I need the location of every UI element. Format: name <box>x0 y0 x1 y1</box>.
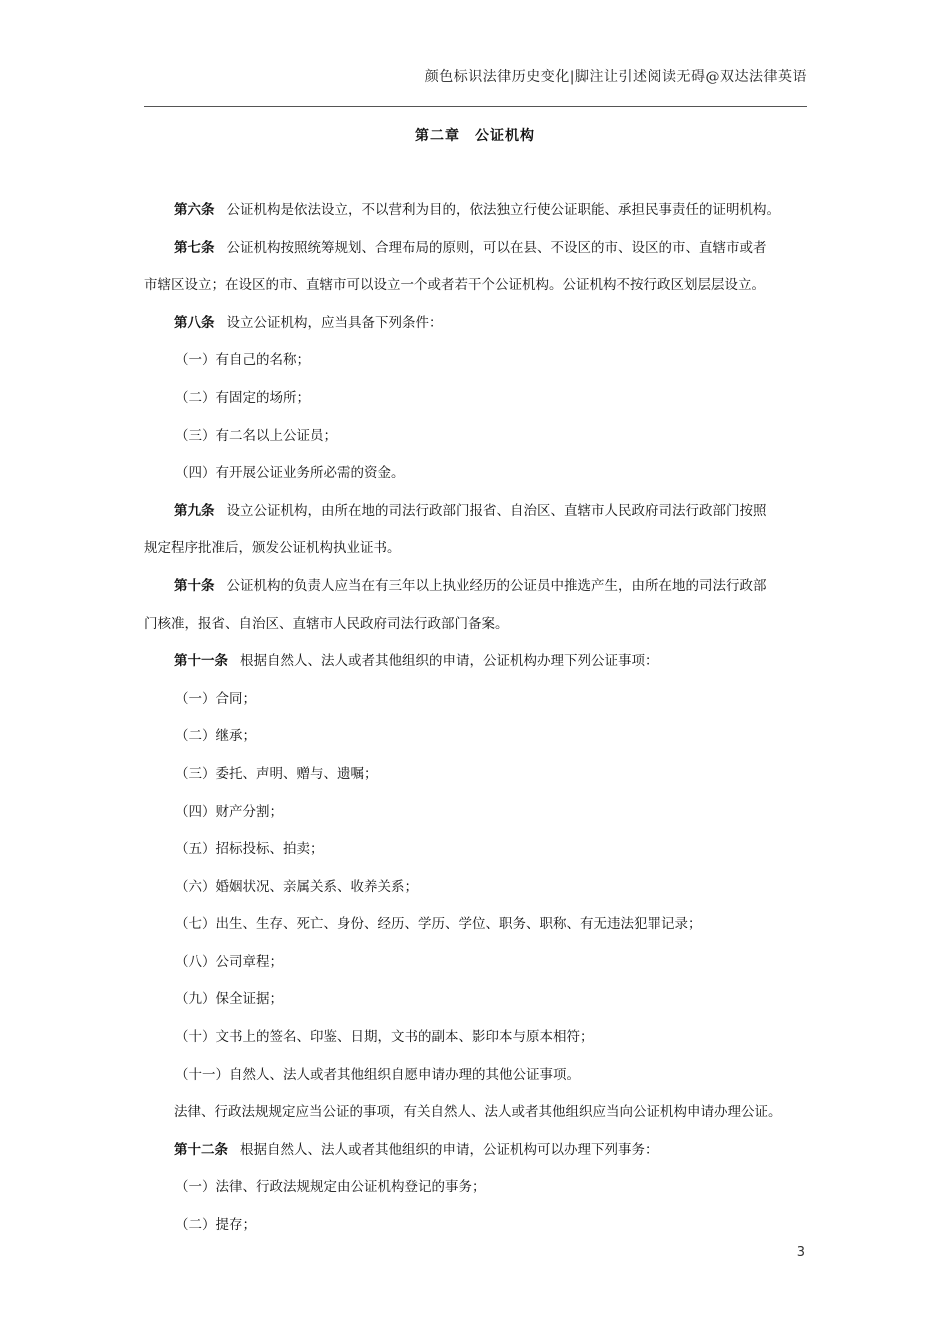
article-8: 第八条设立公证机构，应当具备下列条件： <box>144 311 807 349</box>
list-item: （四）财产分割； <box>144 800 807 838</box>
article-7: 第七条公证机构按照统筹规划、合理布局的原则，可以在县、不设区的市、设区的市、直辖… <box>144 236 807 274</box>
list-item: （五）招标投标、拍卖； <box>144 837 807 875</box>
article-text: 根据自然人、法人或者其他组织的申请，公证机构可以办理下列事务： <box>240 1142 659 1158</box>
list-item: （十一）自然人、法人或者其他组织自愿申请办理的其他公证事项。 <box>144 1063 807 1101</box>
article-text: 公证机构是依法设立，不以营利为目的，依法独立行使公证职能、承担民事责任的证明机构… <box>227 202 781 218</box>
article-number: 第十二条 <box>174 1142 228 1158</box>
list-item: （一）有自己的名称； <box>144 348 807 386</box>
page-number: 3 <box>797 1245 805 1260</box>
article-number: 第十一条 <box>174 653 228 669</box>
article-7-continued: 市辖区设立；在设区的市、直辖市可以设立一个或者若干个公证机构。公证机构不按行政区… <box>144 273 807 311</box>
list-item: （八）公司章程； <box>144 950 807 988</box>
list-item: （一）法律、行政法规规定由公证机构登记的事务； <box>144 1175 807 1213</box>
list-item: （九）保全证据； <box>144 987 807 1025</box>
article-text: 公证机构按照统筹规划、合理布局的原则，可以在县、不设区的市、设区的市、直辖市或者 <box>227 240 767 256</box>
article-11-closing: 法律、行政法规规定应当公证的事项，有关自然人、法人或者其他组织应当向公证机构申请… <box>144 1100 807 1138</box>
header-divider <box>144 106 807 107</box>
article-text: 根据自然人、法人或者其他组织的申请，公证机构办理下列公证事项： <box>240 653 659 669</box>
article-text: 设立公证机构，由所在地的司法行政部门报省、自治区、直辖市人民政府司法行政部门按照 <box>227 503 767 519</box>
article-text: 公证机构的负责人应当在有三年以上执业经历的公证员中推选产生，由所在地的司法行政部 <box>227 578 767 594</box>
article-9-continued: 规定程序批准后，颁发公证机构执业证书。 <box>144 536 807 574</box>
article-6: 第六条公证机构是依法设立，不以营利为目的，依法独立行使公证职能、承担民事责任的证… <box>144 198 807 236</box>
list-item: （四）有开展公证业务所必需的资金。 <box>144 461 807 499</box>
article-12: 第十二条根据自然人、法人或者其他组织的申请，公证机构可以办理下列事务： <box>144 1138 807 1176</box>
article-number: 第六条 <box>174 202 215 218</box>
article-10: 第十条公证机构的负责人应当在有三年以上执业经历的公证员中推选产生，由所在地的司法… <box>144 574 807 612</box>
list-item: （十）文书上的签名、印鉴、日期，文书的副本、影印本与原本相符； <box>144 1025 807 1063</box>
list-item: （一）合同； <box>144 687 807 725</box>
article-number: 第七条 <box>174 240 215 256</box>
list-item: （三）委托、声明、赠与、遗嘱； <box>144 762 807 800</box>
article-number: 第九条 <box>174 503 215 519</box>
article-text: 设立公证机构，应当具备下列条件： <box>227 315 443 331</box>
article-11: 第十一条根据自然人、法人或者其他组织的申请，公证机构办理下列公证事项： <box>144 649 807 687</box>
list-item: （二）有固定的场所； <box>144 386 807 424</box>
article-number: 第八条 <box>174 315 215 331</box>
list-item: （三）有二名以上公证员； <box>144 424 807 462</box>
article-10-continued: 门核准，报省、自治区、直辖市人民政府司法行政部门备案。 <box>144 612 807 650</box>
list-item: （二）提存； <box>144 1213 807 1251</box>
list-item: （二）继承； <box>144 724 807 762</box>
article-9: 第九条设立公证机构，由所在地的司法行政部门报省、自治区、直辖市人民政府司法行政部… <box>144 499 807 537</box>
chapter-title: 第二章 公证机构 <box>0 125 950 145</box>
list-item: （六）婚姻状况、亲属关系、收养关系； <box>144 875 807 913</box>
list-item: （七）出生、生存、死亡、身份、经历、学历、学位、职务、职称、有无违法犯罪记录； <box>144 912 807 950</box>
page-header: 颜色标识法律历史变化|脚注让引述阅读无碍@双达法律英语 <box>425 66 807 86</box>
article-number: 第十条 <box>174 578 215 594</box>
document-body: 第六条公证机构是依法设立，不以营利为目的，依法独立行使公证职能、承担民事责任的证… <box>144 198 807 1251</box>
